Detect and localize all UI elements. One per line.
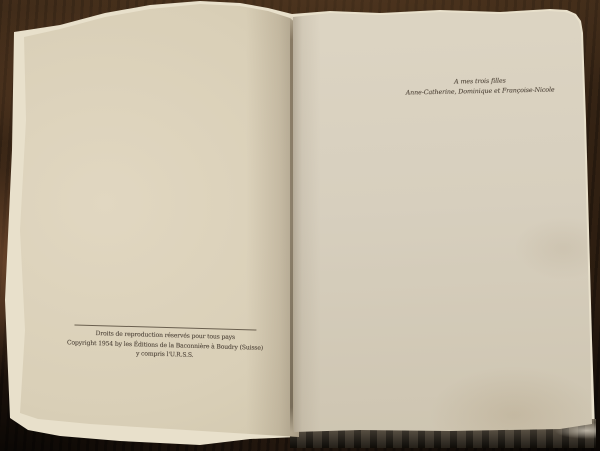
- copyright-line-1: Droits de reproduction réservés pour tou…: [62, 328, 268, 343]
- copyright-line-3: y compris l'U.R.S.S.: [62, 347, 268, 362]
- open-book-photo: Droits de reproduction réservés pour tou…: [0, 0, 600, 451]
- spine-crease: [290, 15, 293, 432]
- divider-rule: [74, 324, 256, 330]
- dedication: A mes trois filles Anne-Catherine, Domin…: [395, 75, 565, 98]
- copyright-line-2: Copyright 1954 by les Éditions de la Bac…: [62, 338, 268, 353]
- left-page: Droits de reproduction réservés pour tou…: [0, 0, 300, 451]
- right-page: A mes trois filles Anne-Catherine, Domin…: [293, 0, 600, 451]
- copyright-notice: Droits de reproduction réservés pour tou…: [62, 324, 269, 363]
